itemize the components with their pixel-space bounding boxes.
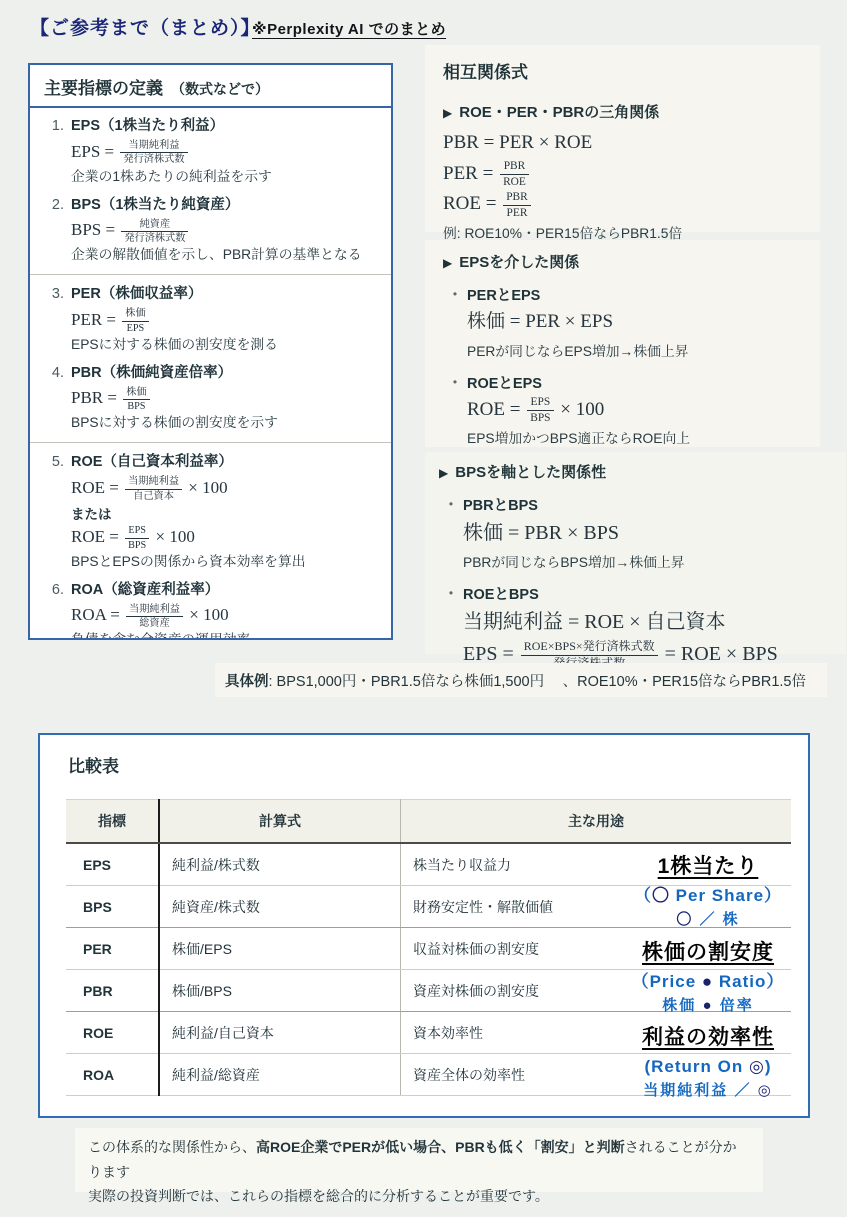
fraction-denominator: 発行済株式数 — [121, 232, 188, 244]
definitions-heading: 主要指標の定義（数式などで） — [30, 65, 391, 108]
definition-number: 1. — [40, 116, 64, 138]
annotation-english: （Price ● Ratio） — [592, 971, 824, 992]
definition-description: EPSに対する株価の割安度を測る — [71, 335, 377, 355]
bullet-content: PERとEPS株価 = PER × EPSPERが同じならEPS増加→株価上昇 — [467, 284, 802, 360]
definition-description: BPSとEPSの関係から資本効率を算出 — [71, 552, 377, 572]
relations-panel-bps: ▶BPSを軸とした関係性 •PBRとBPS株価 = PBR × BPSPBRが同… — [425, 452, 846, 654]
bullet-icon: • — [443, 284, 467, 360]
table-header-cell: 指標 — [66, 800, 159, 844]
definition-item: 3.PER（株価収益率）PER = 株価EPSEPSに対する株価の割安度を測る — [40, 284, 377, 355]
annotation-segment: ● — [702, 997, 713, 1014]
relation-note: PBRが同じならBPS増加→株価上昇 — [463, 551, 832, 571]
annotation-title: 1株当たり — [592, 850, 824, 880]
bullet-content: ROEとBPS当期純利益 = ROE × 自己資本EPS = ROE×BPS×発… — [463, 583, 832, 672]
fraction-numerator: EPS — [527, 396, 553, 411]
fraction: 株価BPS — [121, 387, 151, 412]
fraction: PBRROE — [498, 160, 531, 188]
definition-title-text: PER（株価収益率） — [71, 284, 202, 306]
bps-block-heading: ▶BPSを軸とした関係性 — [439, 461, 832, 482]
example-bar: 具体例: BPS1,000円・PBR1.5倍なら株価1,500円 、ROE10%… — [215, 663, 827, 697]
summary-sheet: 【ご参考まで（まとめ）】 ※Perplexity AI でのまとめ 主要指標の定… — [0, 0, 847, 1217]
table-cell: 純利益/総資産 — [159, 1054, 401, 1096]
definition-description: 企業の1株あたりの純利益を示す — [71, 167, 377, 187]
definition-description: 負債を含む全資産の運用効率 — [71, 630, 377, 640]
definition-item: 5.ROE（自己資本利益率）ROE = 当期純利益自己資本 × 100またはRO… — [40, 452, 377, 571]
relation-bullet: •PERとEPS株価 = PER × EPSPERが同じならEPS増加→株価上昇 — [443, 284, 802, 360]
bps-marker-icon: ▶ — [439, 466, 448, 480]
formula-line: ROA = 当期純利益総資産 × 100 — [71, 602, 377, 629]
footer-note: この体系的な関係性から、高ROE企業でPERが低い場合、PBRも低く「割安」と判… — [75, 1128, 763, 1192]
definition-title-text: ROA（総資産利益率） — [71, 580, 219, 602]
fraction: EPSBPS — [123, 525, 151, 550]
relation-formula: ROE = EPSBPS × 100 — [467, 396, 802, 425]
table-cell: EPS — [66, 843, 159, 886]
formula-line: PER = 株価EPS — [71, 307, 377, 334]
definition-number: 2. — [40, 195, 64, 217]
fraction: 純資産発行済株式数 — [119, 219, 190, 244]
formula-line: ROE = 当期純利益自己資本 × 100 — [71, 475, 377, 502]
example-text: : BPS1,000円・PBR1.5倍なら株価1,500円 、ROE10%・PE… — [269, 670, 807, 691]
fraction-denominator: 発行済株式数 — [120, 153, 187, 165]
relations-heading: 相互関係式 — [443, 58, 802, 83]
relation-formula: PER = PBRROE — [443, 160, 802, 189]
table-cell: 純資産/株式数 — [159, 886, 401, 928]
relation-bullet: •ROEとEPSROE = EPSBPS × 100EPS増加かつBPS適正なら… — [443, 372, 802, 448]
definition-body: ROE = 当期純利益自己資本 × 100またはROE = EPSBPS × 1… — [71, 475, 377, 572]
annotation-segment: ● — [702, 972, 713, 991]
formula-line: ROE = EPSBPS × 100 — [71, 524, 377, 551]
definition-description: BPSに対する株価の割安度を示す — [71, 413, 377, 433]
formula-line: EPS = 当期純利益発行済株式数 — [71, 139, 377, 166]
definitions-box: 主要指標の定義（数式などで） 1.EPS（1株当たり利益）EPS = 当期純利益… — [28, 63, 393, 640]
relation-formula: 当期純利益 = ROE × 自己資本 — [463, 607, 832, 637]
definition-title: 6.ROA（総資産利益率） — [40, 580, 377, 602]
definition-title: 3.PER（株価収益率） — [40, 284, 377, 306]
fraction-numerator: 株価 — [123, 387, 149, 400]
table-cell: PER — [66, 928, 159, 970]
annotation-japanese: 株価 ● 倍率 — [592, 994, 824, 1015]
eps-marker-icon: ▶ — [443, 256, 452, 270]
table-cell: BPS — [66, 886, 159, 928]
fraction-numerator: EPS — [125, 525, 149, 538]
definition-number: 5. — [40, 452, 64, 474]
triangle-subheading: ▶ROE・PER・PBRの三角関係 — [443, 101, 802, 122]
footer-line-1: この体系的な関係性から、高ROE企業でPERが低い場合、PBRも低く「割安」と判… — [88, 1135, 750, 1184]
relation-bullet: •PBRとBPS株価 = PBR × BPSPBRが同じならBPS増加→株価上昇 — [439, 494, 832, 571]
relation-bullet: •ROEとBPS当期純利益 = ROE × 自己資本EPS = ROE×BPS×… — [439, 583, 832, 672]
annotation-segment: Ratio） — [713, 972, 784, 991]
relation-note: PERが同じならEPS増加→株価上昇 — [467, 340, 802, 360]
definition-body: ROA = 当期純利益総資産 × 100負債を含む全資産の運用効率 — [71, 602, 377, 640]
fraction-denominator: EPS — [122, 322, 148, 334]
fraction: 当期純利益自己資本 — [123, 476, 184, 501]
definition-item: 2.BPS（1株当たり純資産）BPS = 純資産発行済株式数企業の解散価値を示し… — [40, 195, 377, 266]
bullet-icon: • — [443, 372, 467, 448]
table-cell: 株価/BPS — [159, 970, 401, 1012]
annotation-segment: Per Share） — [670, 886, 782, 905]
annotation-segment: 当期純利益 ／ — [643, 1082, 757, 1099]
formula-line: BPS = 純資産発行済株式数 — [71, 217, 377, 244]
footer-line1-pre: この体系的な関係性から、 — [88, 1139, 256, 1155]
fraction-numerator: 当期純利益 — [120, 140, 187, 153]
definition-body: BPS = 純資産発行済株式数企業の解散価値を示し、PBR計算の基準となる — [71, 217, 377, 265]
formula-line: PBR = 株価BPS — [71, 385, 377, 412]
definition-title: 1.EPS（1株当たり利益） — [40, 116, 377, 138]
fraction-denominator: ROE — [500, 175, 529, 189]
fraction-numerator: 純資産 — [121, 219, 188, 232]
table-cell: ROA — [66, 1054, 159, 1096]
annotation-segment: (Return On — [644, 1057, 749, 1076]
bullet-title: PERとEPS — [467, 284, 802, 305]
fraction-numerator: PBR — [503, 191, 531, 206]
fraction-denominator: BPS — [123, 400, 149, 412]
bullet-title: ROEとBPS — [463, 583, 832, 604]
triangle-marker-icon: ▶ — [443, 106, 452, 120]
definition-title: 5.ROE（自己資本利益率） — [40, 452, 377, 474]
relations-panel-eps: ▶EPSを介した関係 •PERとEPS株価 = PER × EPSPERが同じな… — [425, 240, 820, 447]
relations-panel-triangle: 相互関係式 ▶ROE・PER・PBRの三角関係 PBR = PER × ROEP… — [425, 45, 820, 232]
fraction-denominator: 自己資本 — [125, 490, 182, 502]
definition-number: 4. — [40, 363, 64, 385]
annotation-english: （〇 Per Share） — [592, 885, 824, 906]
footer-line1-bold: 高ROE企業でPERが低い場合、PBRも低く「割安」と判断 — [256, 1139, 625, 1155]
table-cell: PBR — [66, 970, 159, 1012]
definitions-heading-text: 主要指標の定義 — [44, 79, 163, 98]
comparison-heading: 比較表 — [68, 752, 119, 777]
fraction-numerator: 当期純利益 — [125, 476, 182, 489]
source-note: ※Perplexity AI でのまとめ — [252, 18, 446, 39]
definition-number: 3. — [40, 284, 64, 306]
or-label: または — [71, 503, 377, 523]
annotation-group: 株価の割安度（Price ● Ratio）株価 ● 倍率 — [592, 936, 824, 1015]
table-cell: 純利益/株式数 — [159, 843, 401, 886]
section-divider — [30, 442, 391, 443]
fraction: 当期純利益発行済株式数 — [118, 140, 189, 165]
relation-formula: 株価 = PBR × BPS — [463, 518, 832, 548]
fraction: EPSBPS — [525, 396, 555, 424]
definition-item: 1.EPS（1株当たり利益）EPS = 当期純利益発行済株式数企業の1株あたりの… — [40, 116, 377, 187]
annotation-segment: （ — [634, 886, 652, 905]
annotation-segment: （Price — [632, 972, 702, 991]
annotation-title: 株価の割安度 — [592, 936, 824, 966]
bullet-icon: • — [439, 494, 463, 571]
bullet-content: PBRとBPS株価 = PBR × BPSPBRが同じならBPS増加→株価上昇 — [463, 494, 832, 571]
bps-block-heading-text: BPSを軸とした関係性 — [455, 464, 606, 481]
eps-block-heading-text: EPSを介した関係 — [459, 254, 579, 271]
bullet-icon: • — [439, 583, 463, 672]
table-header-cell: 計算式 — [159, 800, 401, 844]
annotation-group: 1株当たり（〇 Per Share）〇 ／ 株 — [592, 850, 824, 929]
triangle-subheading-text: ROE・PER・PBRの三角関係 — [459, 104, 659, 121]
definition-item: 4.PBR（株価純資産倍率）PBR = 株価BPSBPSに対する株価の割安度を示… — [40, 363, 377, 434]
definition-title-text: BPS（1株当たり純資産） — [71, 195, 239, 217]
annotation-segment: 〇 — [652, 886, 670, 905]
definition-title: 2.BPS（1株当たり純資産） — [40, 195, 377, 217]
fraction-numerator: 当期純利益 — [126, 604, 183, 617]
table-cell: ROE — [66, 1012, 159, 1054]
annotation-segment: ／ 株 — [693, 911, 739, 928]
annotation-segment: 〇 — [676, 911, 693, 928]
annotation-japanese: 当期純利益 ／ ◎ — [592, 1079, 824, 1100]
definition-item: 6.ROA（総資産利益率）ROA = 当期純利益総資産 × 100負債を含む全資… — [40, 580, 377, 640]
definition-description: 企業の解散価値を示し、PBR計算の基準となる — [71, 245, 377, 265]
page-title: 【ご参考まで（まとめ）】 — [30, 13, 261, 40]
annotation-segment: ◎ — [749, 1057, 765, 1076]
fraction-denominator: BPS — [125, 539, 149, 551]
annotation-japanese: 〇 ／ 株 — [592, 908, 824, 929]
triangle-formulas: PBR = PER × ROEPER = PBRROEROE = PBRPER — [443, 129, 802, 219]
definition-body: PBR = 株価BPSBPSに対する株価の割安度を示す — [71, 385, 377, 433]
definition-title-text: EPS（1株当たり利益） — [71, 116, 224, 138]
annotation-segment: ◎ — [758, 1082, 773, 1099]
fraction-denominator: 総資産 — [126, 617, 183, 629]
definitions-heading-suffix: （数式などで） — [171, 81, 269, 97]
table-cell: 株価/EPS — [159, 928, 401, 970]
fraction: PBRPER — [501, 191, 533, 219]
bullet-title: ROEとEPS — [467, 372, 802, 393]
relation-note: EPS増加かつBPS適正ならROE向上 — [467, 427, 802, 447]
fraction-denominator: BPS — [527, 411, 553, 425]
definition-number: 6. — [40, 580, 64, 602]
fraction: 株価EPS — [120, 308, 150, 333]
bullet-title: PBRとBPS — [463, 494, 832, 515]
definition-body: EPS = 当期純利益発行済株式数企業の1株あたりの純利益を示す — [71, 139, 377, 187]
annotation-english: (Return On ◎) — [592, 1056, 824, 1077]
section-divider — [30, 274, 391, 275]
definitions-list: 1.EPS（1株当たり利益）EPS = 当期純利益発行済株式数企業の1株あたりの… — [30, 108, 391, 640]
definition-title-text: PBR（株価純資産倍率） — [71, 363, 232, 385]
table-header-cell: 主な用途 — [401, 800, 792, 844]
fraction: 当期純利益総資産 — [124, 604, 185, 629]
definition-title: 4.PBR（株価純資産倍率） — [40, 363, 377, 385]
example-label: 具体例 — [225, 670, 269, 691]
annotation-segment: ) — [765, 1057, 772, 1076]
table-cell: 純利益/自己資本 — [159, 1012, 401, 1054]
annotation-segment: 株価 — [662, 997, 702, 1014]
eps-bullets: •PERとEPS株価 = PER × EPSPERが同じならEPS増加→株価上昇… — [443, 284, 802, 447]
relation-formula: ROE = PBRPER — [443, 190, 802, 219]
annotation-segment: 倍率 — [714, 997, 754, 1014]
relation-formula: PBR = PER × ROE — [443, 129, 802, 158]
fraction-numerator: 株価 — [122, 308, 148, 321]
definition-body: PER = 株価EPSEPSに対する株価の割安度を測る — [71, 307, 377, 355]
bps-bullets: •PBRとBPS株価 = PBR × BPSPBRが同じならBPS増加→株価上昇… — [439, 494, 832, 672]
relation-formula: 株価 = PER × EPS — [467, 308, 802, 337]
table-header-row: 指標計算式主な用途 — [66, 800, 791, 844]
annotation-group: 利益の効率性(Return On ◎)当期純利益 ／ ◎ — [592, 1021, 824, 1100]
annotation-title: 利益の効率性 — [592, 1021, 824, 1051]
fraction-numerator: ROE×BPS×発行済株式数 — [521, 640, 658, 655]
footer-line-2: 実際の投資判断では、これらの指標を総合的に分析することが重要です。 — [88, 1184, 750, 1209]
eps-block-heading: ▶EPSを介した関係 — [443, 251, 802, 272]
definition-title-text: ROE（自己資本利益率） — [71, 452, 233, 474]
bullet-content: ROEとEPSROE = EPSBPS × 100EPS増加かつBPS適正ならR… — [467, 372, 802, 448]
fraction-numerator: PBR — [500, 160, 529, 175]
fraction-denominator: PER — [503, 206, 531, 220]
